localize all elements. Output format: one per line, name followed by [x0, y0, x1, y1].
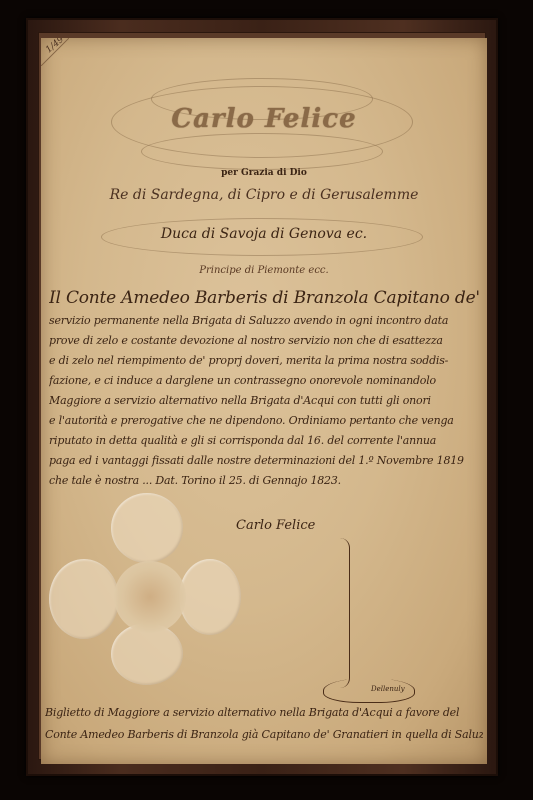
body-line: servizio permanente nella Brigata di Sal…: [49, 314, 481, 327]
body-line: e l'autorità e prerogative che ne dipend…: [49, 414, 481, 427]
prince-line: Principe di Piemonte ecc.: [41, 265, 487, 276]
body-line: e di zelo nel riempimento de' proprj dov…: [49, 354, 481, 367]
royal-signature: Carlo Felice: [236, 518, 315, 533]
embossed-seal: [49, 493, 239, 683]
footer-line: Biglietto di Maggiore a servizio alterna…: [45, 706, 483, 719]
footer-line: Conte Amedeo Barberis di Branzola già Ca…: [45, 728, 483, 741]
body-line: riputato in detta qualità e gli si corri…: [49, 434, 481, 447]
body-line: fazione, e ci induce a darglene un contr…: [49, 374, 481, 387]
title-flourish: [141, 133, 383, 170]
countersignature: Dellenuly: [371, 685, 405, 693]
document-title: Carlo Felice: [41, 104, 487, 134]
body-line: che tale è nostra ... Dat. Torino il 25.…: [49, 474, 481, 487]
body-line: Maggiore a servizio alternativo nella Br…: [49, 394, 481, 407]
body-line: Il Conte Amedeo Barberis di Branzola Cap…: [49, 288, 481, 308]
titles-line: Re di Sardegna, di Cipro e di Gerusalemm…: [41, 187, 487, 203]
duke-line: Duca di Savoja di Genova ec.: [41, 226, 487, 242]
grace-line: per Grazia di Dio: [41, 168, 487, 178]
body-line: prove di zelo e costante devozione al no…: [49, 334, 481, 347]
signature-flourish: [331, 538, 350, 688]
body-line: paga ed i vantaggi fissati dalle nostre …: [49, 454, 481, 467]
document-paper: 1/49 Carlo Felice per Grazia di Dio Re d…: [41, 38, 487, 764]
